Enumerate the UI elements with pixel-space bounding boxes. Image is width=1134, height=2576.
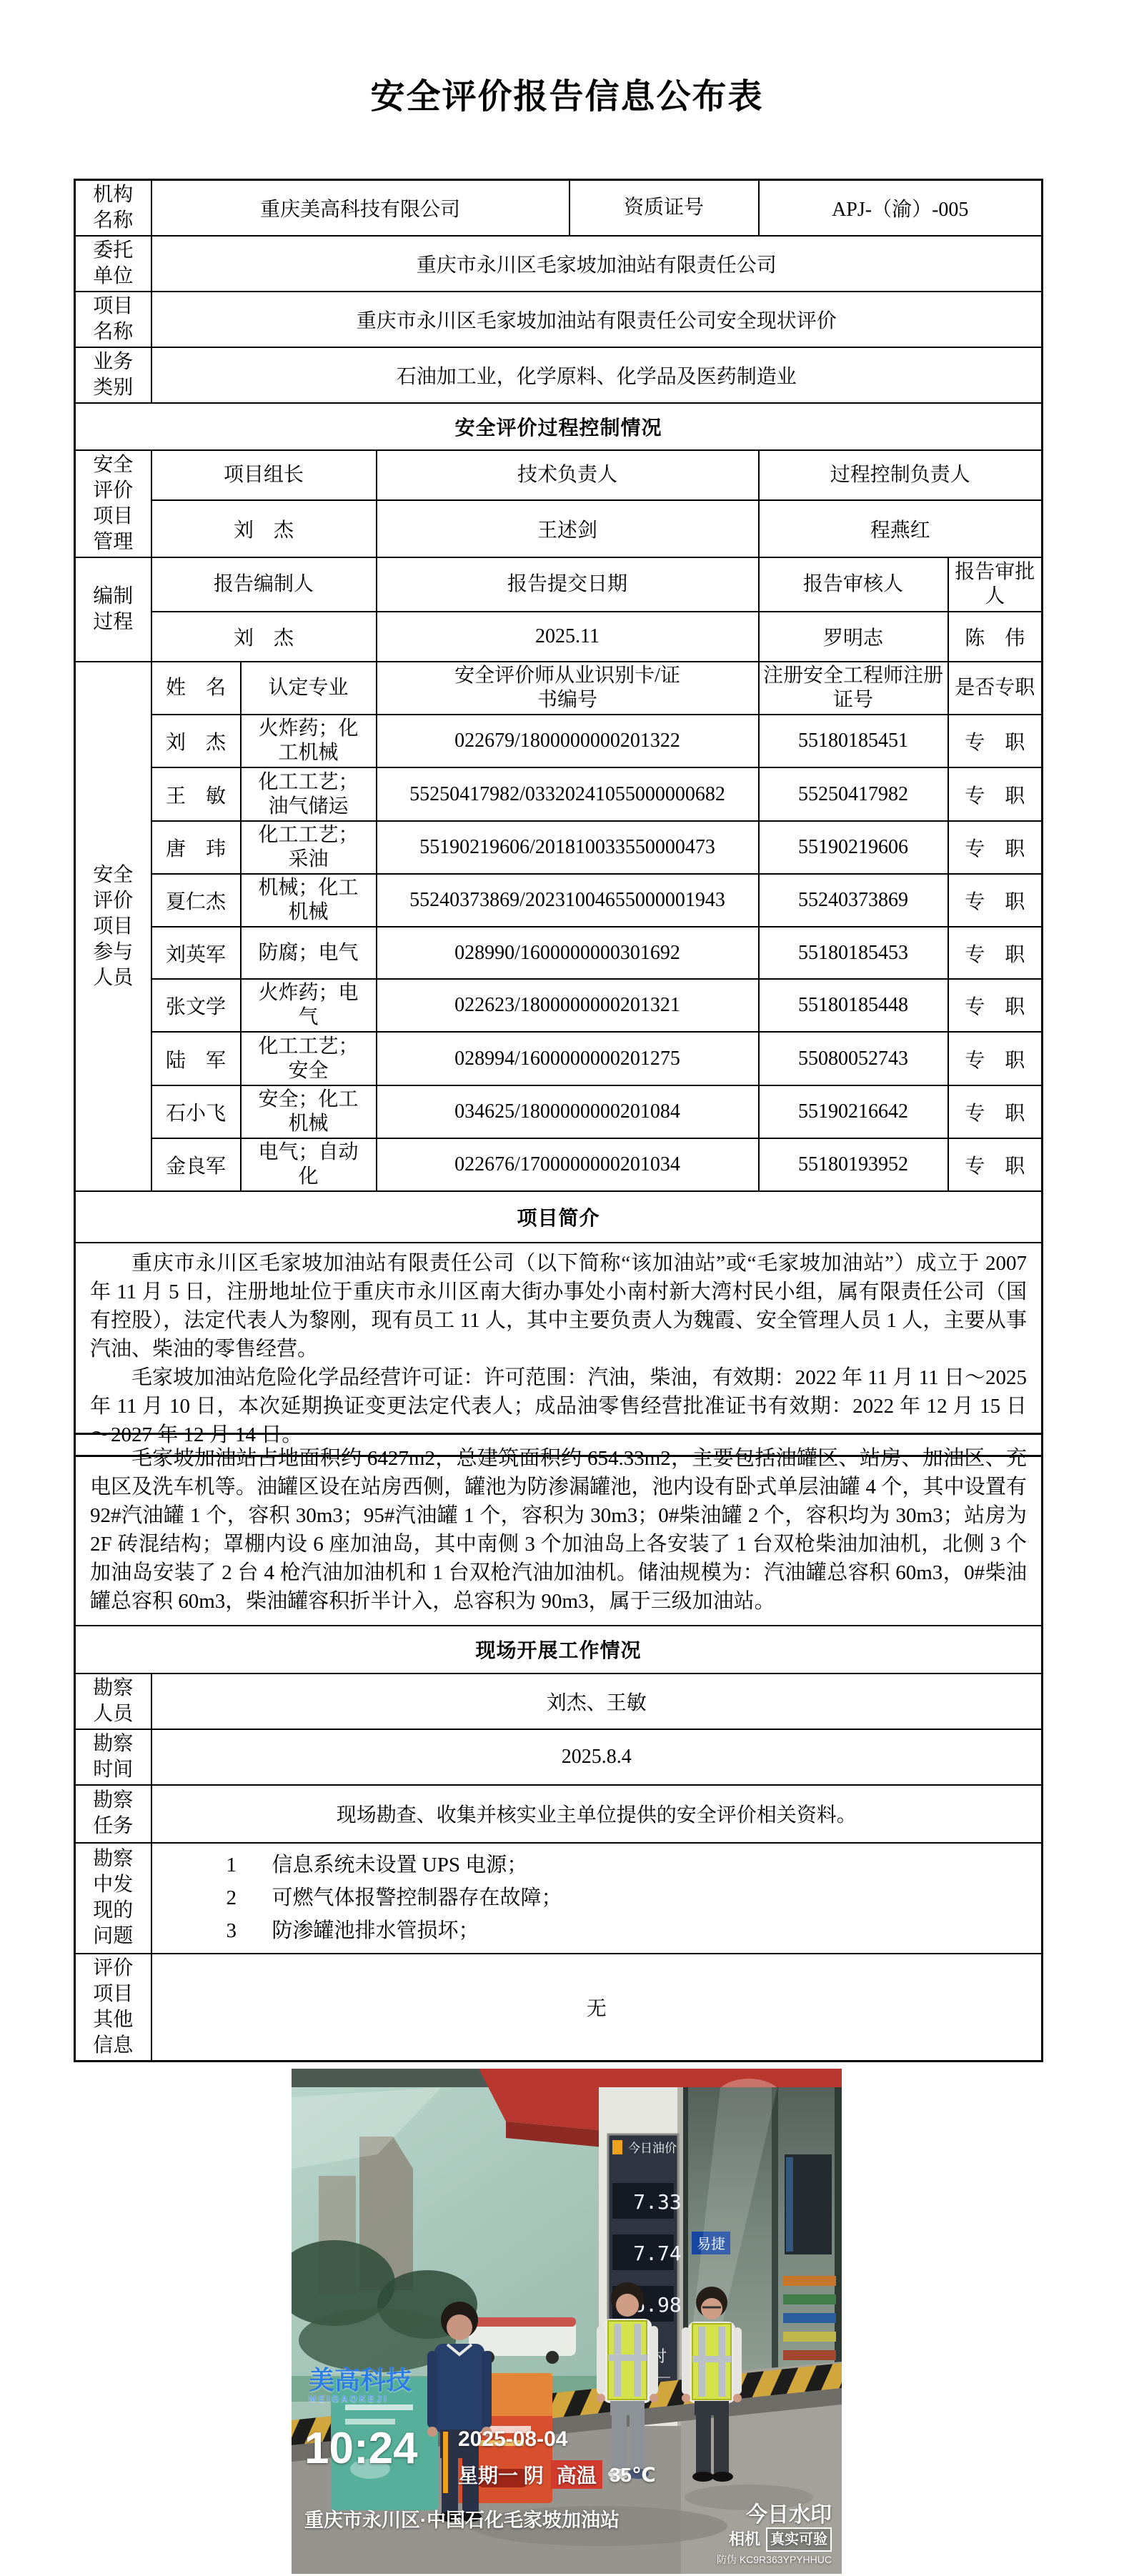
site-paragraph: 毛家坡加油站占地面积约 6427m2，总建筑面积约 654.33m2，主要包括油… (90, 1444, 1027, 1616)
problem-text: 可燃气体报警控制器存在故障； (272, 1886, 562, 1909)
other-info-value: 无 (151, 1954, 1043, 2062)
cell-major-text: 电气；自动化 (258, 1140, 359, 1189)
cell-major-text: 化工工艺；安全 (258, 1035, 359, 1083)
cell-reg: 55180185448 (759, 979, 948, 1032)
personnel-row: 张文学 火炸药；电气 022623/1800000000201321 55180… (75, 979, 1043, 1032)
cell-name: 王 敏 (151, 767, 241, 821)
cell-name: 石小飞 (151, 1085, 241, 1138)
cell-reg: 55180185453 (759, 927, 948, 979)
cell-reg: 55190219606 (759, 821, 948, 874)
cell-card: 022676/1700000000201034 (377, 1138, 759, 1191)
watermark-brand: 美高科技 MEIGAOKEJI (309, 2367, 412, 2405)
col-header-card: 安全评价师从业识别卡/证书编号 (377, 662, 759, 715)
cell-major-text: 机械；化工机械 (258, 876, 359, 925)
table-row: 委托单位 重庆市永川区毛家坡加油站有限责任公司 (75, 236, 1043, 292)
main-info-table: 机构名称 重庆美高科技有限公司 资质证号 APJ-（渝）-005 委托单位 重庆… (74, 179, 1043, 1457)
survey-time-value: 2025.8.4 (151, 1729, 1043, 1785)
site-photo: easy joy 易捷 (292, 2069, 842, 2574)
cell-fulltime: 专 职 (948, 821, 1043, 874)
business-type-value: 石油加工业，化学原料、化学品及医药制造业 (151, 347, 1043, 403)
cell-fulltime: 专 职 (948, 927, 1043, 979)
watermark-location: 重庆市永川区·中国石化毛家坡加油站 (304, 2505, 620, 2532)
table-row: 刘 杰 2025.11 罗明志 陈 伟 (75, 612, 1043, 662)
report-approver-header: 报告审批人 (948, 557, 1043, 612)
cell-name: 陆 军 (151, 1032, 241, 1085)
process-control-section-title: 安全评价过程控制情况 (75, 403, 1043, 450)
cell-card: 028990/1600000000301692 (377, 927, 759, 979)
problem-item: 1信息系统未设置 UPS 电源； (227, 1849, 1042, 1881)
cell-major: 化工工艺；油气储运 (241, 767, 377, 821)
watermark-date: 2025-08-04 (458, 2427, 567, 2452)
personnel-row: 陆 军 化工工艺；安全 028994/1600000000201275 5508… (75, 1032, 1043, 1085)
org-name-value: 重庆美高科技有限公司 (151, 180, 570, 237)
report-author-header: 报告编制人 (151, 557, 377, 612)
report-reviewer-header: 报告审核人 (759, 557, 948, 612)
problems-label: 勘察中发现的问题 (75, 1843, 151, 1954)
watermark-weather: 星期一 阴 高温 35℃ (458, 2460, 656, 2489)
watermark-app-camera: 相机 (729, 2529, 760, 2550)
cell-card: 55190219606/201810033550000473 (377, 821, 759, 874)
col-header-reg: 注册安全工程师注册证号 (759, 662, 948, 715)
process-lead-header: 过程控制负责人 (759, 450, 1043, 500)
cell-name: 刘 杰 (151, 715, 241, 767)
cell-major: 安全；化工机械 (241, 1085, 377, 1138)
table-row: 评价项目其他信息 无 (75, 1954, 1043, 2062)
personnel-section-label: 安全评价项目参与人员 (75, 662, 151, 1191)
table-row: 业务类别 石油加工业，化学原料、化学品及医药制造业 (75, 347, 1043, 403)
cell-reg: 55250417982 (759, 767, 948, 821)
watermark-app: 今日水印 相机 真实可验 防伪 KC9R363YPYHHUC (717, 2503, 832, 2567)
gas-station-scene: easy joy 易捷 (292, 2069, 842, 2574)
org-name-label: 机构名称 (75, 180, 151, 237)
watermark-brand-sub: MEIGAOKEJI (309, 2393, 412, 2405)
cell-card: 028994/1600000000201275 (377, 1032, 759, 1085)
cell-fulltime: 专 职 (948, 1138, 1043, 1191)
personnel-row: 夏仁杰 机械；化工机械 55240373869/2023100465500000… (75, 874, 1043, 927)
truck-wheel (546, 2351, 559, 2364)
table-row: 编制过程 报告编制人 报告提交日期 报告审核人 报告审批人 (75, 557, 1043, 612)
cell-fulltime: 专 职 (948, 1032, 1043, 1085)
watermark-anticounterfeit-code: 防伪 KC9R363YPYHHUC (717, 2552, 832, 2567)
price-board-title: 今日油价 (628, 2142, 677, 2155)
cell-major-text: 化工工艺；油气储运 (258, 770, 359, 819)
cell-major-text: 防腐；电气 (258, 941, 358, 965)
cell-major-text: 火炸药；电气 (258, 981, 359, 1030)
price-95: 7.74 (633, 2242, 681, 2265)
cell-major: 火炸药；电气 (241, 979, 377, 1032)
report-date-header: 报告提交日期 (377, 557, 759, 612)
cell-major-text: 化工工艺；采油 (258, 823, 359, 872)
client-label: 委托单位 (75, 236, 151, 292)
cell-name: 夏仁杰 (151, 874, 241, 927)
compilation-label: 编制过程 (75, 557, 151, 662)
management-label: 安全评价项目管理 (75, 450, 151, 557)
cell-major: 机械；化工机械 (241, 874, 377, 927)
cell-name: 张文学 (151, 979, 241, 1032)
cell-reg: 55240373869 (759, 874, 948, 927)
col-header-name: 姓 名 (151, 662, 241, 715)
cert-no-value: APJ-（渝）-005 (759, 180, 1043, 237)
watermark-time: 10:24 (304, 2426, 418, 2472)
watermark-divider (443, 2432, 448, 2493)
cell-reg: 55180193952 (759, 1138, 948, 1191)
watermark-app-name: 今日水印 (717, 2503, 832, 2527)
cell-card: 034625/1800000000201084 (377, 1085, 759, 1138)
table-row: 勘察人员 刘杰、王敏 (75, 1674, 1043, 1729)
watermark-temp-value: 35℃ (610, 2463, 656, 2487)
personnel-row: 王 敏 化工工艺；油气储运 55250417982/03320241055000… (75, 767, 1043, 821)
survey-personnel-value: 刘杰、王敏 (151, 1674, 1043, 1729)
problem-text: 信息系统未设置 UPS 电源； (272, 1854, 528, 1876)
watermark-brand-text: 美高科技 (309, 2367, 412, 2393)
cell-reg: 55080052743 (759, 1032, 948, 1085)
site-section-title: 现场开展工作情况 (75, 1626, 1043, 1674)
section-header-row: 项目简介 (75, 1191, 1043, 1243)
cell-card: 55250417982/03320241055000000682 (377, 767, 759, 821)
watermark-temp-badge: 高温 (551, 2460, 602, 2489)
report-date-value: 2025.11 (377, 612, 759, 662)
project-leader-value: 刘 杰 (151, 500, 377, 557)
report-author-value: 刘 杰 (151, 612, 377, 662)
cell-major: 电气；自动化 (241, 1138, 377, 1191)
document-page: 安全评价报告信息公布表 机构名称 重庆美高科技有限公司 资质证号 APJ-（渝）… (0, 0, 1134, 2576)
personnel-header-row: 安全评价项目参与人员 姓 名 认定专业 安全评价师从业识别卡/证书编号 注册安全… (75, 662, 1043, 715)
table-row: 勘察任务 现场勘查、收集并核实业主单位提供的安全评价相关资料。 (75, 1785, 1043, 1843)
problem-item: 2可燃气体报警控制器存在故障； (227, 1881, 1042, 1914)
cell-reg: 55180185451 (759, 715, 948, 767)
cell-name: 金良军 (151, 1138, 241, 1191)
cell-fulltime: 专 职 (948, 767, 1043, 821)
site-paragraph-row: 毛家坡加油站占地面积约 6427m2，总建筑面积约 654.33m2，主要包括油… (75, 1434, 1043, 1626)
col-header-reg-text: 注册安全工程师注册证号 (762, 664, 945, 712)
survey-task-value: 现场勘查、收集并核实业主单位提供的安全评价相关资料。 (151, 1785, 1043, 1843)
cell-name: 刘英军 (151, 927, 241, 979)
col-header-fulltime: 是否专职 (948, 662, 1043, 715)
business-type-label: 业务类别 (75, 347, 151, 403)
table-row: 勘察中发现的问题 1信息系统未设置 UPS 电源； 2可燃气体报警控制器存在故障… (75, 1843, 1043, 1954)
other-info-label: 评价项目其他信息 (75, 1954, 151, 2062)
table-row: 刘 杰 王述剑 程燕红 (75, 500, 1043, 557)
report-approver-value: 陈 伟 (948, 612, 1043, 662)
col-header-major: 认定专业 (241, 662, 377, 715)
price-board-logo (612, 2140, 622, 2154)
project-name-value: 重庆市永川区毛家坡加油站有限责任公司安全现状评价 (151, 292, 1043, 347)
problem-no: 3 (227, 1914, 272, 1947)
truck-stripe (469, 2317, 576, 2327)
site-paragraph-cell: 毛家坡加油站占地面积约 6427m2，总建筑面积约 654.33m2，主要包括油… (75, 1434, 1043, 1626)
problem-item: 3防渗罐池排水管损坏； (227, 1914, 1042, 1947)
problem-no: 2 (227, 1881, 272, 1914)
watermark-week-text: 星期一 阴 (458, 2460, 544, 2489)
project-name-label: 项目名称 (75, 292, 151, 347)
cell-major: 防腐；电气 (241, 927, 377, 979)
project-leader-header: 项目组长 (151, 450, 377, 500)
cert-no-label: 资质证号 (570, 180, 759, 237)
personnel-row: 刘英军 防腐；电气 028990/1600000000301692 551801… (75, 927, 1043, 979)
watermark-verified-badge: 真实可验 (766, 2527, 832, 2552)
survey-time-label: 勘察时间 (75, 1729, 151, 1785)
site-work-table: 毛家坡加油站占地面积约 6427m2，总建筑面积约 654.33m2，主要包括油… (74, 1433, 1043, 2062)
problem-text: 防渗罐池排水管损坏； (272, 1919, 479, 1942)
report-reviewer-value: 罗明志 (759, 612, 948, 662)
problem-no: 1 (227, 1849, 272, 1881)
price-92: 7.33 (633, 2190, 681, 2214)
cell-fulltime: 专 职 (948, 715, 1043, 767)
personnel-row: 石小飞 安全；化工机械 034625/1800000000201084 5519… (75, 1085, 1043, 1138)
cell-fulltime: 专 职 (948, 979, 1043, 1032)
tech-lead-header: 技术负责人 (377, 450, 759, 500)
watermark-app-line: 相机 真实可验 (717, 2527, 832, 2552)
cell-major-text: 火炸药；化工机械 (258, 717, 359, 765)
table-row: 安全评价项目管理 项目组长 技术负责人 过程控制负责人 (75, 450, 1043, 500)
intro-paragraph-1: 重庆市永川区毛家坡加油站有限责任公司（以下简称“该加油站”或“毛家坡加油站”）成… (90, 1249, 1027, 1363)
section-header-row: 安全评价过程控制情况 (75, 403, 1043, 450)
cell-reg: 55190216642 (759, 1085, 948, 1138)
tech-lead-value: 王述剑 (377, 500, 759, 557)
cell-major: 化工工艺；安全 (241, 1032, 377, 1085)
process-lead-value: 程燕红 (759, 500, 1043, 557)
cell-name: 唐 玮 (151, 821, 241, 874)
personnel-row: 刘 杰 火炸药；化工机械 022679/1800000000201322 551… (75, 715, 1043, 767)
survey-personnel-label: 勘察人员 (75, 1674, 151, 1729)
page-title: 安全评价报告信息公布表 (0, 69, 1134, 118)
table-row: 机构名称 重庆美高科技有限公司 资质证号 APJ-（渝）-005 (75, 180, 1043, 237)
client-value: 重庆市永川区毛家坡加油站有限责任公司 (151, 236, 1043, 292)
problems-cell: 1信息系统未设置 UPS 电源； 2可燃气体报警控制器存在故障； 3防渗罐池排水… (151, 1843, 1043, 1954)
intro-paragraph-cell: 重庆市永川区毛家坡加油站有限责任公司（以下简称“该加油站”或“毛家坡加油站”）成… (75, 1243, 1043, 1456)
cell-card: 022679/1800000000201322 (377, 715, 759, 767)
col-header-card-text: 安全评价师从业识别卡/证书编号 (449, 664, 685, 712)
survey-task-label: 勘察任务 (75, 1785, 151, 1843)
cell-fulltime: 专 职 (948, 1085, 1043, 1138)
intro-section-title: 项目简介 (75, 1191, 1043, 1243)
cell-major-text: 安全；化工机械 (258, 1088, 359, 1136)
table-row: 项目名称 重庆市永川区毛家坡加油站有限责任公司安全现状评价 (75, 292, 1043, 347)
intro-paragraph-row: 重庆市永川区毛家坡加油站有限责任公司（以下简称“该加油站”或“毛家坡加油站”）成… (75, 1243, 1043, 1456)
cell-fulltime: 专 职 (948, 874, 1043, 927)
cell-major: 火炸药；化工机械 (241, 715, 377, 767)
section-header-row: 现场开展工作情况 (75, 1626, 1043, 1674)
fridge-glow (786, 2157, 793, 2252)
cell-card: 022623/1800000000201321 (377, 979, 759, 1032)
personnel-row: 金良军 电气；自动化 022676/1700000000201034 55180… (75, 1138, 1043, 1191)
table-row: 勘察时间 2025.8.4 (75, 1729, 1043, 1785)
cell-major: 化工工艺；采油 (241, 821, 377, 874)
personnel-row: 唐 玮 化工工艺；采油 55190219606/2018100335500004… (75, 821, 1043, 874)
cell-card: 55240373869/20231004655000001943 (377, 874, 759, 927)
